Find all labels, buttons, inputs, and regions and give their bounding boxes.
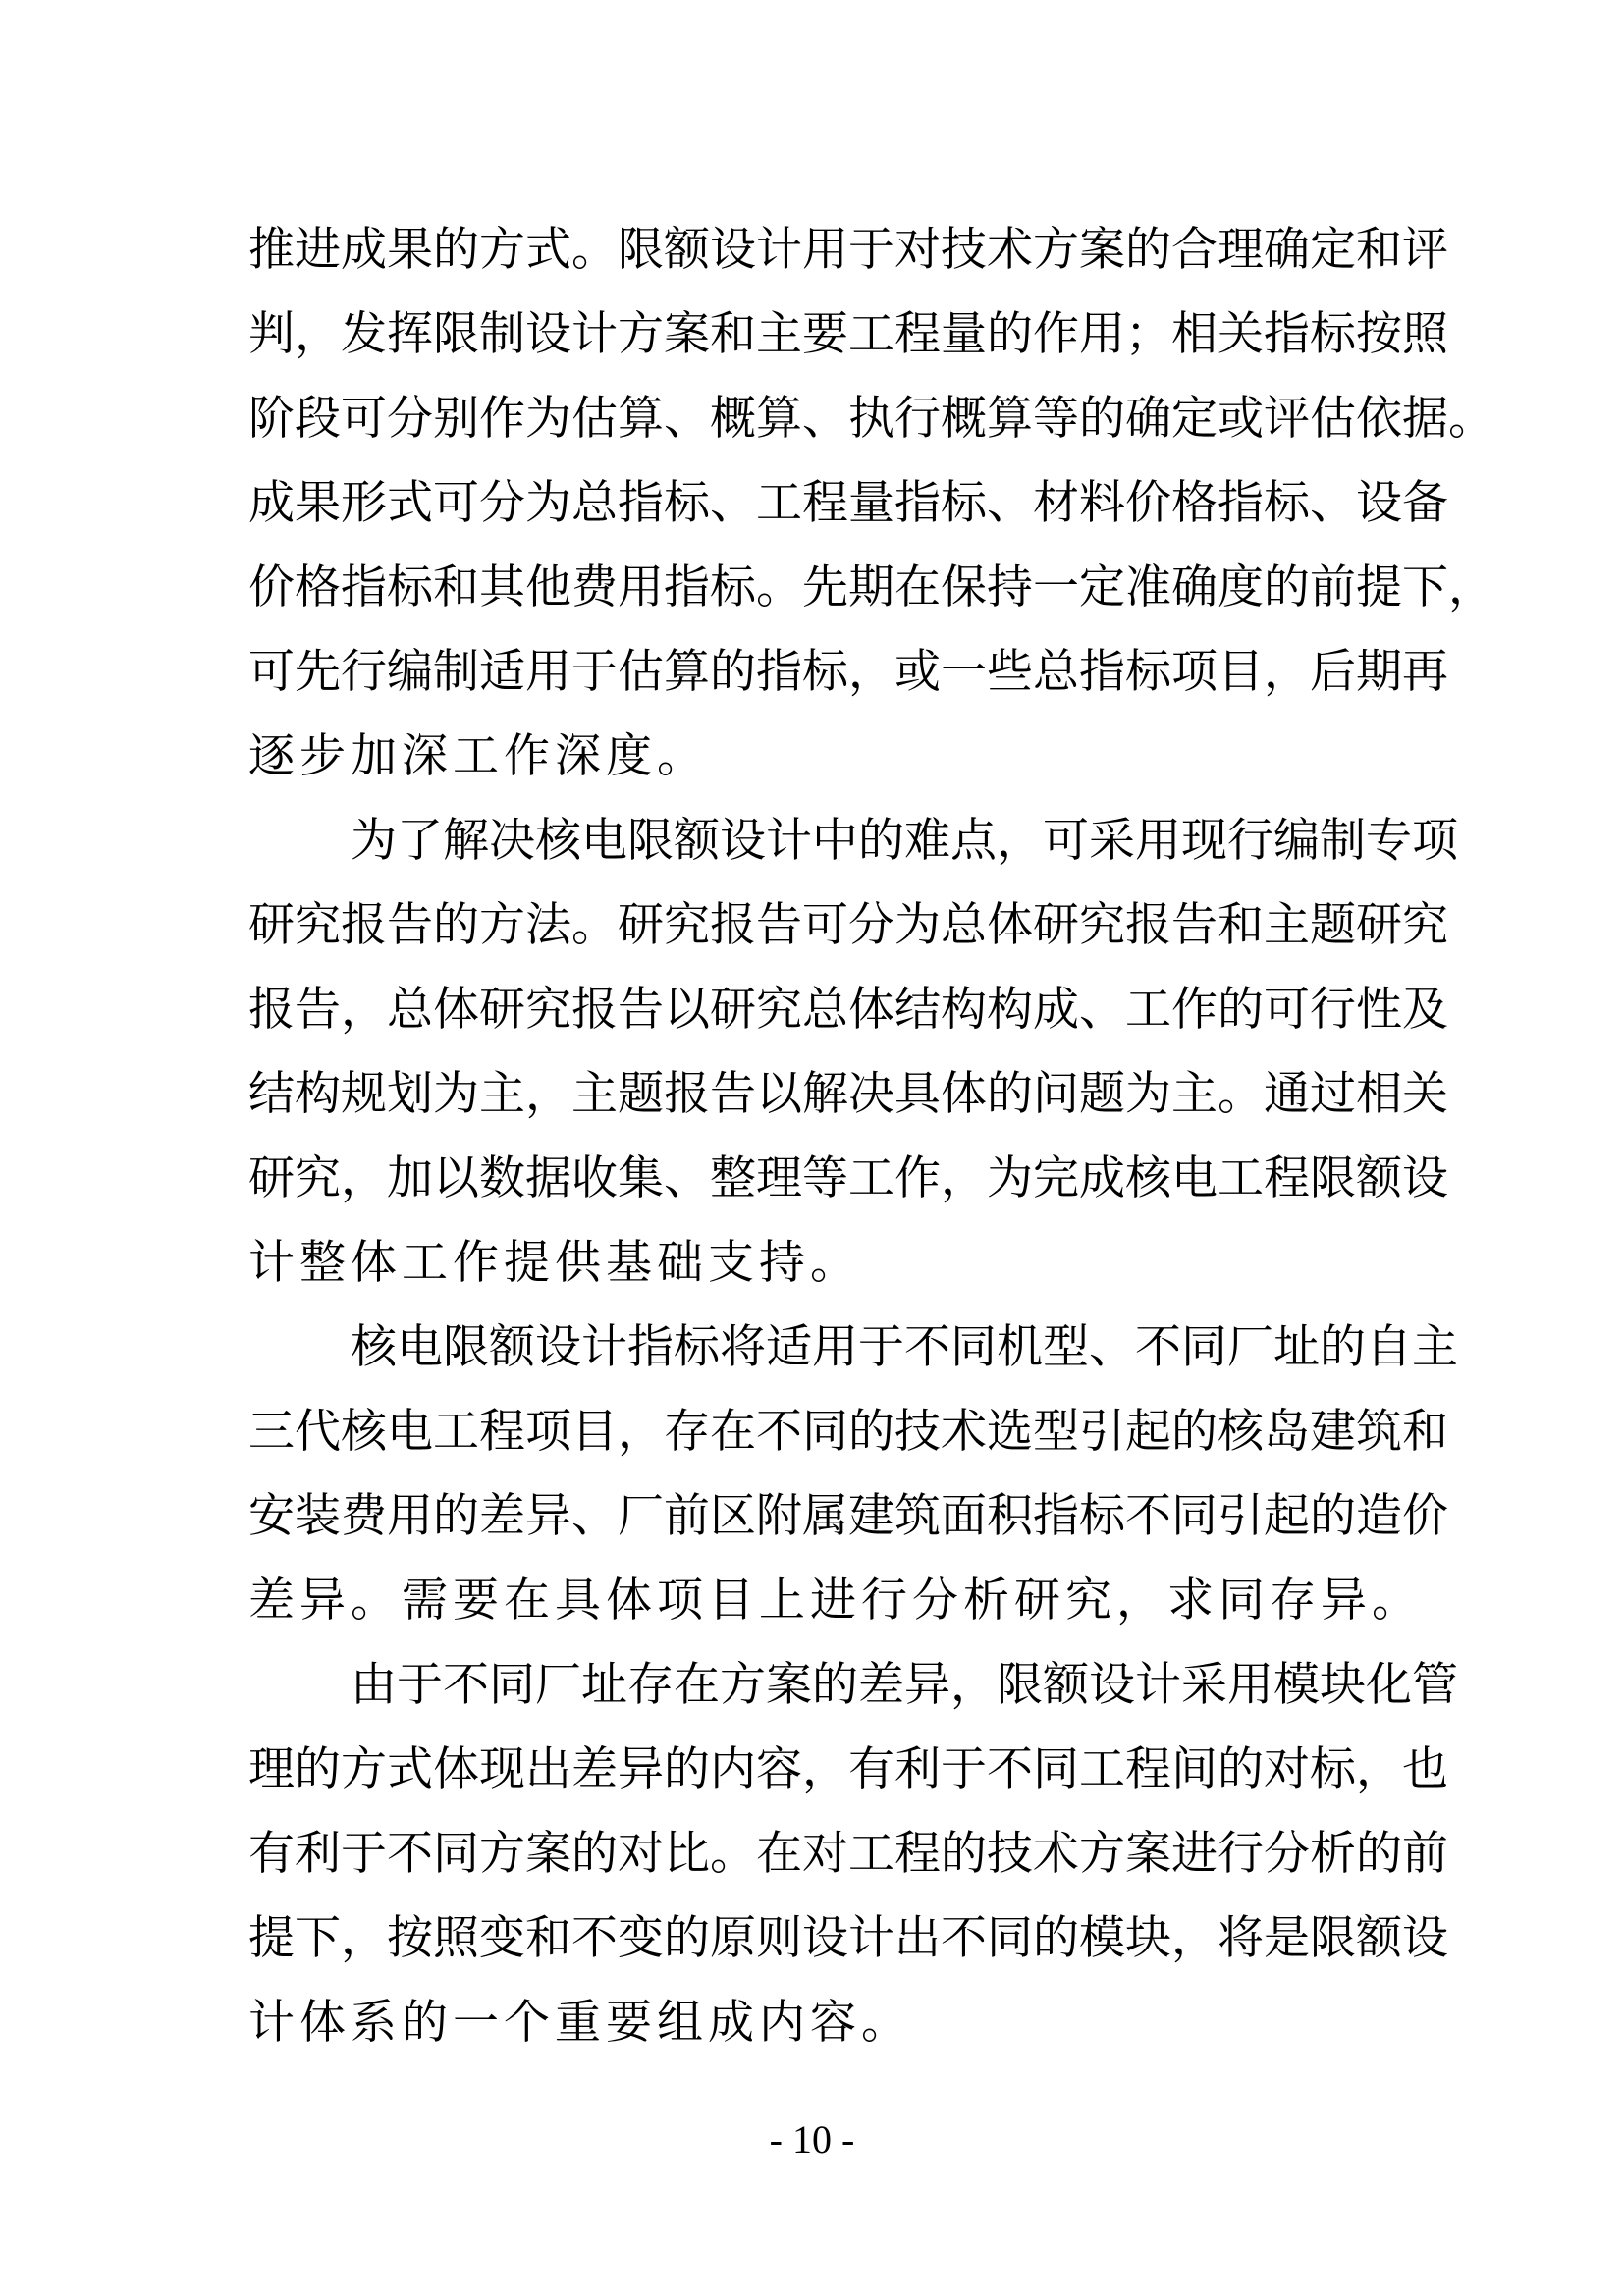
paragraph-3-line-3: 安装费用的差异、厂前区附属建筑面积指标不同引起的造价 bbox=[248, 1487, 1378, 1546]
paragraph-1-line-3: 阶段可分别作为估算、概算、执行概算等的确定或评估依据。 bbox=[248, 390, 1378, 449]
paragraph-2-line-6: 计整体工作提供基础支持。 bbox=[248, 1234, 1378, 1293]
paragraph-3-line-1: 核电限额设计指标将适用于不同机型、不同厂址的自主 bbox=[351, 1318, 1378, 1377]
paragraph-1-line-4: 成果形式可分为总指标、工程量指标、材料价格指标、设备 bbox=[248, 474, 1378, 533]
paragraph-1-line-1: 推进成果的方式。限额设计用于对技术方案的合理确定和评 bbox=[248, 221, 1378, 280]
document-page: 推进成果的方式。限额设计用于对技术方案的合理确定和评 判，发挥限制设计方案和主要… bbox=[0, 0, 1624, 2296]
paragraph-1-line-7: 逐步加深工作深度。 bbox=[248, 727, 1378, 786]
paragraph-4-line-2: 理的方式体现出差异的内容，有利于不同工程间的对标，也 bbox=[248, 1740, 1378, 1799]
paragraph-2-line-3: 报告，总体研究报告以研究总体结构构成、工作的可行性及 bbox=[248, 981, 1378, 1040]
paragraph-4-line-1: 由于不同厂址存在方案的差异，限额设计采用模块化管 bbox=[351, 1656, 1378, 1715]
page-number: - 10 - bbox=[0, 2110, 1624, 2169]
paragraph-2-line-5: 研究，加以数据收集、整理等工作，为完成核电工程限额设 bbox=[248, 1149, 1378, 1208]
paragraph-4-line-5: 计体系的一个重要组成内容。 bbox=[248, 1994, 1378, 2053]
paragraph-2-line-2: 研究报告的方法。研究报告可分为总体研究报告和主题研究 bbox=[248, 896, 1378, 955]
paragraph-2-line-1: 为了解决核电限额设计中的难点，可采用现行编制专项 bbox=[351, 812, 1378, 871]
paragraph-2-line-4: 结构规划为主，主题报告以解决具体的问题为主。通过相关 bbox=[248, 1065, 1378, 1124]
paragraph-3-line-4: 差异。需要在具体项目上进行分析研究，求同存异。 bbox=[248, 1572, 1378, 1630]
paragraph-3-line-2: 三代核电工程项目，存在不同的技术选型引起的核岛建筑和 bbox=[248, 1403, 1378, 1462]
paragraph-4-line-3: 有利于不同方案的对比。在对工程的技术方案进行分析的前 bbox=[248, 1825, 1378, 1884]
paragraph-1-line-6: 可先行编制适用于估算的指标，或一些总指标项目，后期再 bbox=[248, 643, 1378, 702]
paragraph-1-line-2: 判，发挥限制设计方案和主要工程量的作用；相关指标按照 bbox=[248, 305, 1378, 364]
paragraph-1-line-5: 价格指标和其他费用指标。先期在保持一定准确度的前提下， bbox=[248, 559, 1378, 617]
paragraph-4-line-4: 提下，按照变和不变的原则设计出不同的模块，将是限额设 bbox=[248, 1909, 1378, 1968]
